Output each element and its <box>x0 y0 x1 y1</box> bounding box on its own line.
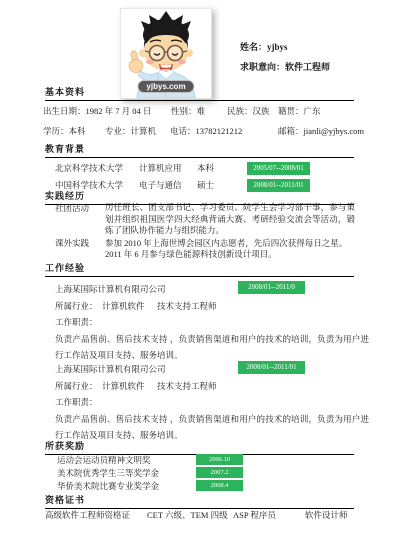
section-header-certificates: 资格证书 <box>45 493 354 509</box>
field-ethnicity: 民族：汉族 <box>227 105 270 117</box>
section-header-basic: 基本资料 <box>45 85 354 101</box>
name-label: 姓名： <box>240 42 267 52</box>
award-name: 华侨美术院比赛专业奖学金 <box>57 480 159 492</box>
award-name: 运动会运动员精神文明奖 <box>57 454 151 466</box>
date-badge: 2008.4 <box>196 480 243 491</box>
job-title: 技术支持工程师 <box>157 380 217 392</box>
industry-value: 计算机软件 <box>102 300 145 312</box>
name-line: 姓名：yjbys <box>240 40 288 53</box>
practice-item-label: 社团活动 <box>55 202 89 214</box>
section-header-work: 工作经验 <box>45 261 354 277</box>
company-name: 上海某国际计算机有限司公司 <box>55 363 166 375</box>
intent-line: 求职意向：软件工程师 <box>240 60 330 73</box>
company-name: 上海某国际计算机有限司公司 <box>55 283 166 295</box>
major: 计算机应用 <box>139 162 182 174</box>
basic-info-row: 学历：本科 专业：计算机 电话：13782121212 邮箱：jianli@yj… <box>0 125 395 138</box>
section-header-awards: 所获奖励 <box>45 439 354 455</box>
basic-info-row: 出生日期：1982 年 7 月 04 日 性别：难 民族：汉族 籍贯：广东 <box>0 105 395 118</box>
field-gender: 性别：难 <box>171 105 205 117</box>
name-value: yjbys <box>267 42 288 52</box>
section-title: 实践经历 <box>45 191 85 201</box>
section-title: 资格证书 <box>45 495 85 505</box>
industry-value: 计算机软件 <box>102 380 145 392</box>
industry-row: 所属行业： 计算机软件 技术支持工程师 <box>0 300 395 313</box>
certificates-row: 高级软件工程师资格证 CET 六级、TEM 四级 ASP 程序员 软件设计师 <box>0 509 395 522</box>
duty-label: 工作职责： <box>55 396 98 408</box>
field-email: 邮箱：jianli@yjbys.com <box>278 125 364 137</box>
intent-label: 求职意向： <box>240 62 285 72</box>
certificate-item: 软件设计师 <box>305 509 348 521</box>
section-header-education: 教育背景 <box>45 142 354 158</box>
field-major: 专业：计算机 <box>105 125 156 137</box>
field-phone: 电话：13782121212 <box>170 125 242 137</box>
field-birthdate: 出生日期：1982 年 7 月 04 日 <box>43 105 151 117</box>
practice-item-text: 历任班长、团支部书记、学习委员、院学生会学习部干事，参与策划并组织祖国医学四大经… <box>105 202 355 237</box>
education-row: 北京科学技术大学 计算机应用 本科 <box>0 162 395 175</box>
duty-text: 负责产品售前、售后技术支持 ，负责销售渠道和用户的技术的培训，负责为用户进行工作… <box>55 331 369 363</box>
intent-value: 软件工程师 <box>285 62 330 72</box>
date-badge: 2008/01--2011/0 <box>238 281 305 294</box>
certificate-item: CET 六级、TEM 四级 <box>147 509 228 521</box>
practice-item-text: 2011 年 6 月参与绿色能源科技创新设计项目。 <box>105 248 277 260</box>
certificate-item: ASP 程序员 <box>233 509 276 521</box>
resume-page: yjbys.com 姓名：yjbys 求职意向：软件工程师 基本资料 出生日期：… <box>0 0 395 559</box>
section-title: 工作经验 <box>45 263 85 273</box>
industry-label: 所属行业： <box>55 380 98 392</box>
award-name: 美术院优秀学生三等奖学金 <box>57 467 159 479</box>
school-name: 北京科学技术大学 <box>55 162 123 174</box>
date-badge: 2008/01--2011/01 <box>238 361 305 374</box>
certificate-item: 高级软件工程师资格证 <box>45 509 130 521</box>
date-badge: 2005/07--2008/01 <box>247 162 310 175</box>
degree: 本科 <box>197 162 214 174</box>
section-title: 所获奖励 <box>45 441 85 451</box>
industry-row: 所属行业： 计算机软件 技术支持工程师 <box>0 380 395 393</box>
field-hometown: 籍贯：广东 <box>278 105 321 117</box>
duty-label: 工作职责： <box>55 316 98 328</box>
section-title: 基本资料 <box>45 87 85 97</box>
practice-item-label: 课外实践 <box>55 237 89 249</box>
section-title: 教育背景 <box>45 144 85 154</box>
date-badge: 2007.2 <box>196 467 243 478</box>
job-title: 技术支持工程师 <box>157 300 217 312</box>
field-degree: 学历：本科 <box>43 125 86 137</box>
date-badge: 2006.10 <box>196 454 243 465</box>
industry-label: 所属行业： <box>55 300 98 312</box>
